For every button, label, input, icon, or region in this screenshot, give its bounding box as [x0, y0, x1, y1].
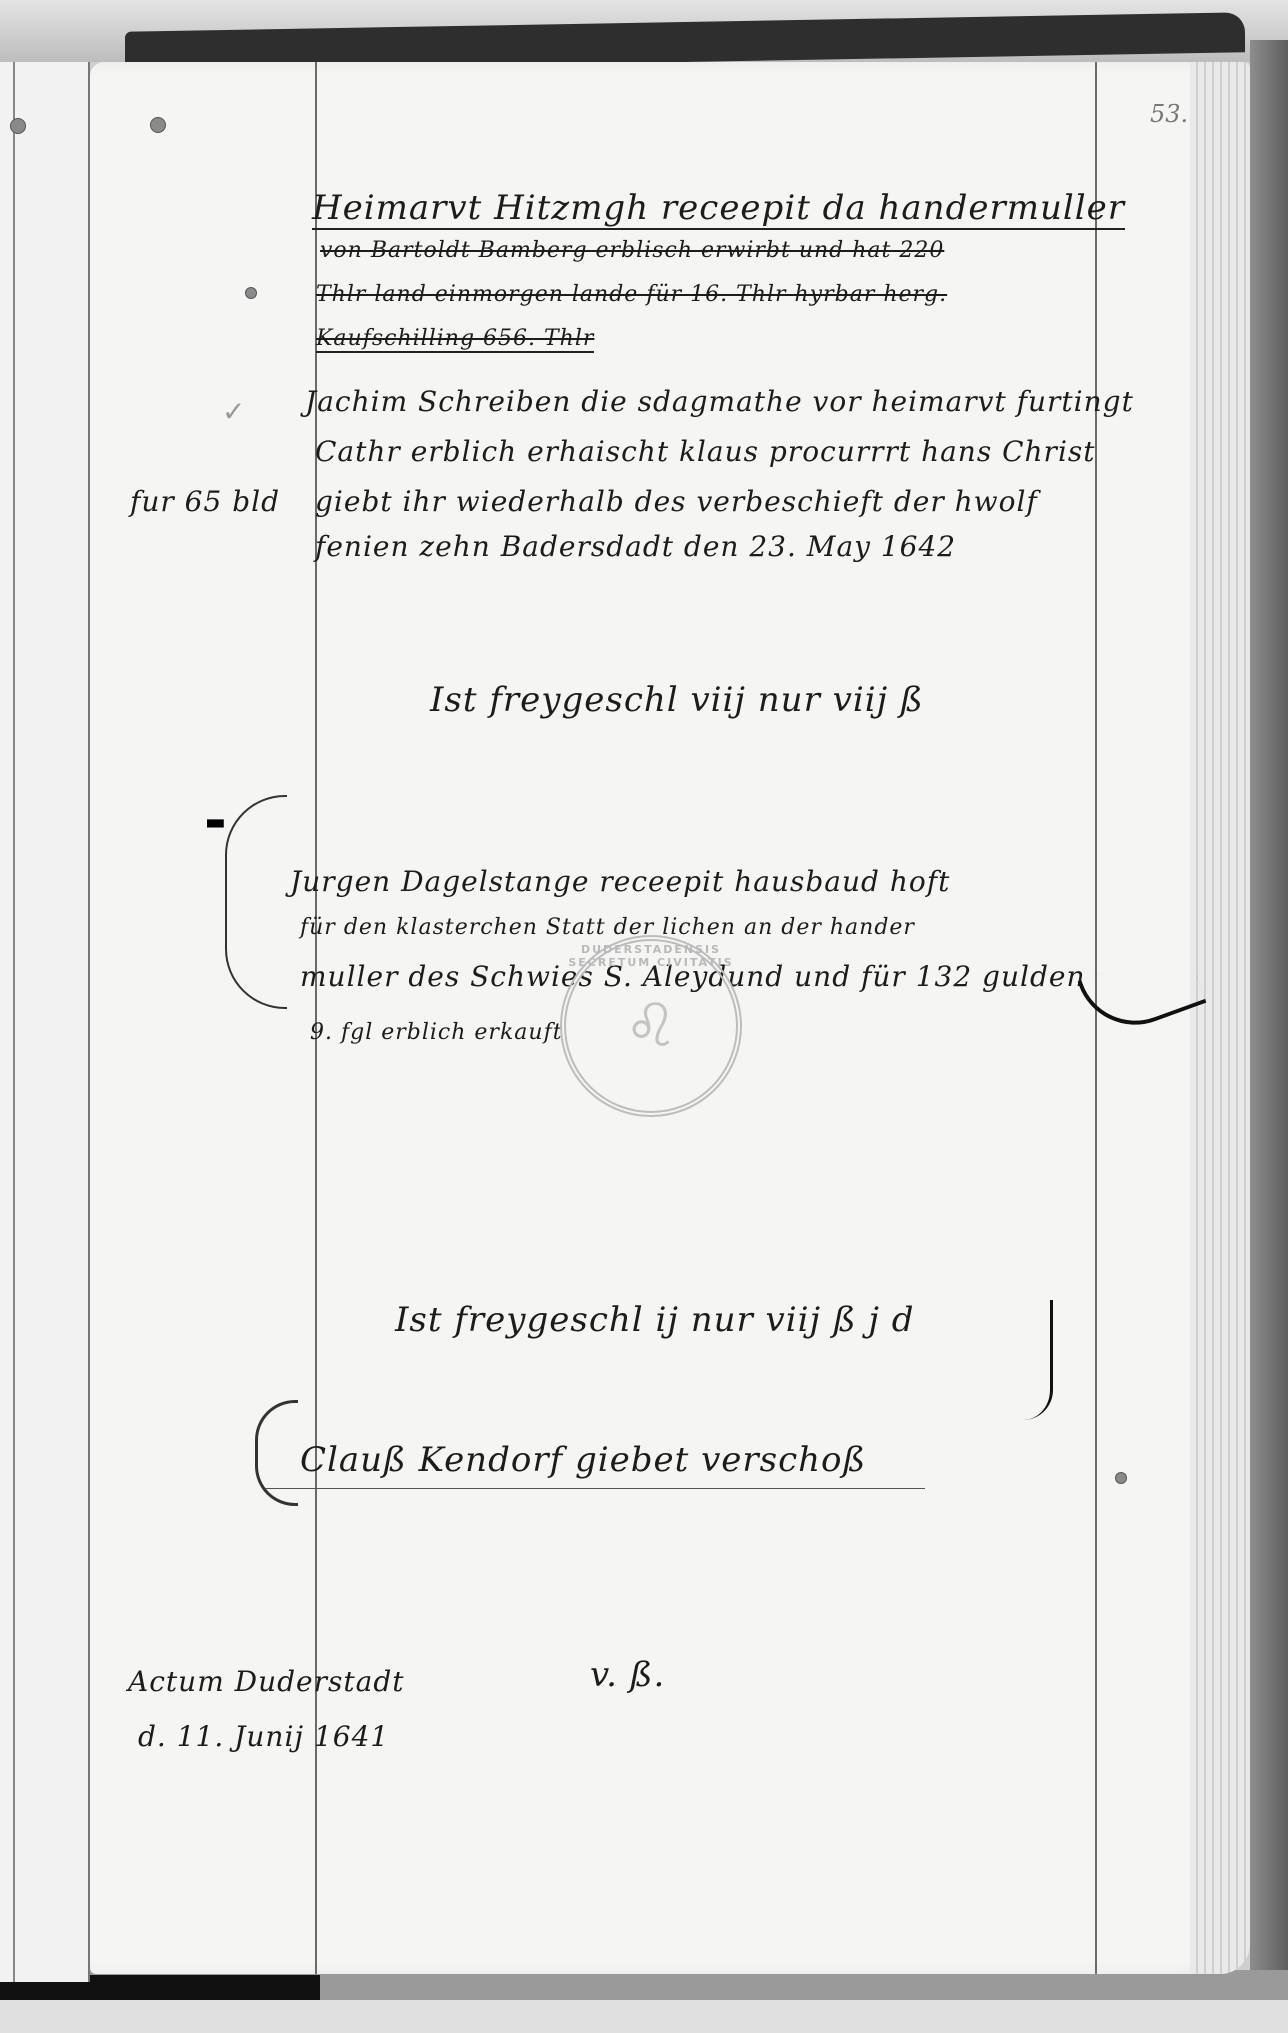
tax-note-3: v. ß.	[590, 1655, 665, 1695]
stamp-text: DUDERSTADENSIS SECRETUM CIVITATIS	[566, 943, 736, 969]
entry-4-line-4: 9. fgl erblich erkauft	[310, 1020, 563, 1045]
book-cover-edge	[1250, 40, 1288, 2000]
city-seal-stamp: DUDERSTADENSIS SECRETUM CIVITATIS ♌	[560, 935, 742, 1117]
entry-2-line-2: Cathr erblich erhaischt klaus procurrrt …	[315, 435, 1096, 468]
entry-underline	[265, 1488, 925, 1489]
footer-line-1: Actum Duderstadt	[128, 1665, 405, 1698]
check-mark-icon: ✓	[222, 395, 245, 428]
margin-note: fur 65 bld	[130, 485, 280, 518]
entry-2-line-1: Jachim Schreiben die sdagmathe vor heima…	[305, 385, 1134, 418]
page-number: 53.	[1150, 100, 1188, 128]
entry-1-line-1: Heimarvt Hitzmgh receepit da handermulle…	[312, 188, 1125, 230]
tax-note-2: Ist freygeschl ij nur viij ß j d	[395, 1300, 915, 1340]
right-margin-rule	[1095, 62, 1097, 1974]
entry-6-line: Clauß Kendorf giebet verschoß	[300, 1440, 866, 1480]
page-fore-edge	[1190, 62, 1250, 1974]
footer-line-2: d. 11. Junij 1641	[138, 1720, 389, 1753]
entry-2-line-4: fenien zehn Badersdadt den 23. May 1642	[315, 530, 956, 563]
entry-bracket-flourish	[225, 795, 287, 1009]
binding-hole-icon	[245, 287, 257, 299]
facing-page-edge	[0, 62, 90, 1982]
ink-flourish	[1020, 1300, 1053, 1420]
binding-hole-icon	[1115, 1472, 1127, 1484]
entry-1-line-3: Thlr land einmorgen lande für 16. Thlr h…	[316, 282, 947, 307]
tax-note-1: Ist freygeschl viij nur viij ß	[430, 680, 924, 720]
scan-surface	[0, 2000, 1288, 2033]
lion-emblem-icon: ♌	[624, 991, 678, 1061]
margin-dash: ▬	[205, 810, 226, 835]
binding-hole-icon	[10, 118, 26, 134]
entry-4-line-1: Jurgen Dagelstange receepit hausbaud hof…	[290, 865, 950, 898]
entry-2-line-3: giebt ihr wiederhalb des verbeschieft de…	[315, 485, 1038, 518]
margin-rule	[13, 62, 15, 1982]
entry-1-line-4: Kaufschilling 656. Thlr	[316, 326, 594, 353]
binding-hole-icon	[150, 117, 166, 133]
entry-1-line-2: von Bartoldt Bamberg erblisch erwirbt un…	[320, 238, 944, 263]
entry-4-line-2: für den klasterchen Statt der lichen an …	[300, 915, 915, 940]
